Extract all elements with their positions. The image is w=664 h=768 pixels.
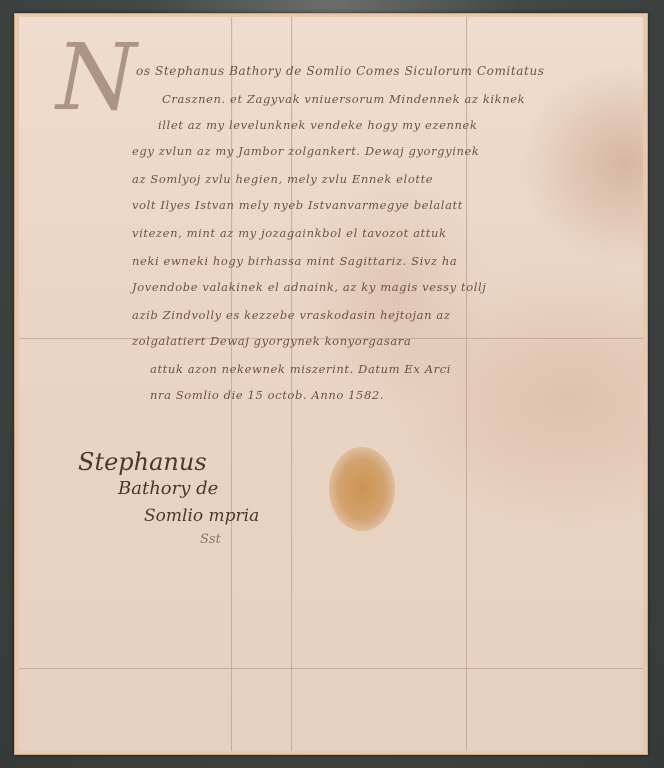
letter-line: volt Ilyes Istvan mely nyeb Istvanvarmeg… [132,198,463,212]
letter-line: attuk azon nekewnek miszerint. Datum Ex … [150,362,451,376]
letter-line: az Somlyoj zvlu hegien, mely zvlu Ennek … [132,172,433,186]
letter-line: illet az my levelunknek vendeke hogy my … [158,118,478,132]
signature-line-3: Somlio mpria [144,506,259,526]
letter-line: egy zvlun az my Jambor zolgankert. Dewaj… [132,144,480,158]
signature-line-2: Bathory de [118,478,218,499]
fold-crease-horizontal [19,668,643,670]
date-line: nra Somlio die 15 octob. Anno 1582. [150,388,384,402]
letter-line: vitezen, mint az my jozagainkbol el tavo… [132,226,447,240]
letter-line: Jovendobe valakinek el adnaink, az ky ma… [132,280,486,294]
decorative-initial: N [56,32,137,124]
letter-line: zolgalatiert Dewaj gyorgynek konyorgasar… [132,334,411,348]
letter-line: os Stephanus Bathory de Somlio Comes Sic… [136,64,545,78]
letter-line: neki ewneki hogy birhassa mint Sagittari… [132,254,457,268]
signature-line-1: Stephanus [78,448,207,476]
letter-line: azib Zindvolly es kezzebe vraskodasin he… [132,308,450,322]
wax-seal [329,447,395,531]
signature-flourish: Sst [200,532,221,547]
letter-line: Crasznen. et Zagyvak vniuersorum Mindenn… [162,92,525,106]
